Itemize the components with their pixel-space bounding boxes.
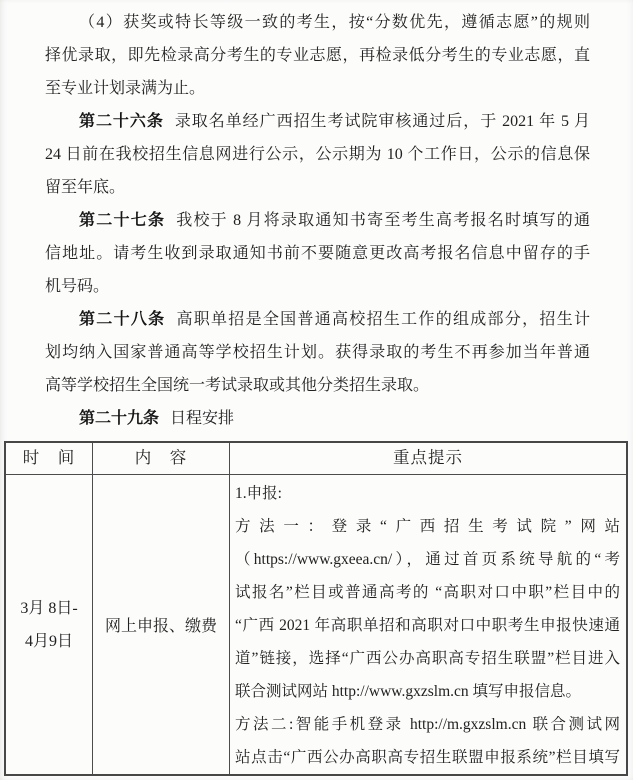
paragraph-line: （4）获奖或特长等级一致的考生，按“分数优先，遵循志愿”的规则	[45, 6, 590, 39]
article-number: 第二十九条	[79, 410, 159, 427]
document-page: （4）获奖或特长等级一致的考生，按“分数优先，遵循志愿”的规则择优录取，即先检录…	[0, 0, 633, 780]
table-header-content: 内 容	[93, 443, 230, 475]
tips-line: 试报名”栏目或普通高考的 “高职对口中职”栏目中的	[235, 576, 620, 609]
paragraph-line: 择优录取，即先检录高分考生的专业志愿，再检录低分考生的专业志愿，直	[45, 39, 590, 72]
paragraph-line: 划均纳入国家普通高等学校招生计划。获得录取的考生不再参加当年普通	[45, 336, 590, 369]
schedule-table: 时 间 内 容 重点提示 3月 8日-4月9日 网上申报、缴费 1.申报:方法一…	[4, 441, 628, 776]
article-number: 第二十七条	[79, 212, 165, 229]
paragraph-line: 至专业计划录满为止。	[45, 72, 590, 105]
time-range-line: 4月9日	[25, 625, 73, 658]
paragraph-text: 高职单招是全国普通高校招生工作的组成部分，招生计	[176, 311, 590, 328]
paragraph-text: 日程安排	[170, 410, 234, 427]
article-number: 第二十六条	[79, 113, 164, 130]
paragraph-line: 第二十九条日程安排	[45, 402, 590, 435]
paragraph-line: 机号码。	[45, 270, 590, 303]
paragraph-line: 第二十八条高职单招是全国普通高校招生工作的组成部分，招生计	[45, 303, 590, 336]
paragraph-text: 录取名单经广西招生考试院审核通过后，于 2021 年 5 月	[175, 113, 590, 130]
paragraph-line: 第二十七条我校于 8 月将录取通知书寄至考生高考报名时填写的通	[45, 204, 590, 237]
time-cell: 3月 8日-4月9日	[6, 475, 93, 774]
tips-line: 站点击“广西公办高职高专招生联盟申报系统”栏目填写	[235, 741, 620, 774]
paragraph-line: 第二十六条录取名单经广西招生考试院审核通过后，于 2021 年 5 月	[45, 105, 590, 138]
document-body: （4）获奖或特长等级一致的考生，按“分数优先，遵循志愿”的规则择优录取，即先检录…	[0, 0, 633, 435]
tips-line: （https://www.gxeea.cn/），通过首页系统导航的“考	[235, 543, 620, 576]
paragraph-line: 留至年底。	[45, 171, 590, 204]
tips-line: 道”链接，选择“广西公办高职高专招生联盟”栏目进入	[235, 642, 620, 675]
paragraph-line: 24 日前在我校招生信息网进行公示，公示期为 10 个工作日，公示的信息保	[45, 138, 590, 171]
content-cell: 网上申报、缴费	[93, 475, 230, 774]
paragraph-line: 高等学校招生全国统一考试录取或其他分类招生录取。	[45, 369, 590, 402]
tips-line: 1.申报:	[235, 477, 620, 510]
tips-cell: 1.申报:方法一：登录“广西招生考试院”网站（https://www.gxeea…	[230, 475, 626, 774]
table-header-time: 时 间	[6, 443, 93, 475]
paragraph-line: 信地址。请考生收到录取通知书前不要随意更改高考报名信息中留存的手	[45, 237, 590, 270]
tips-line: 联合测试网站 http://www.gxzslm.cn 填写申报信息。	[235, 675, 620, 708]
article-number: 第二十八条	[79, 311, 165, 328]
table-header-tips: 重点提示	[230, 443, 626, 475]
tips-line: 方法一：登录“广西招生考试院”网站	[235, 510, 620, 543]
paragraphs: （4）获奖或特长等级一致的考生，按“分数优先，遵循志愿”的规则择优录取，即先检录…	[45, 6, 590, 435]
paragraph-text: 我校于 8 月将录取通知书寄至考生高考报名时填写的通	[176, 212, 590, 229]
tips-line: “广西 2021 年高职单招和高职对口中职考生申报快速通	[235, 609, 620, 642]
tips-line: 方法二:智能手机登录 http://m.gxzslm.cn 联合测试网	[235, 708, 620, 741]
time-range-line: 3月 8日-	[20, 592, 77, 625]
